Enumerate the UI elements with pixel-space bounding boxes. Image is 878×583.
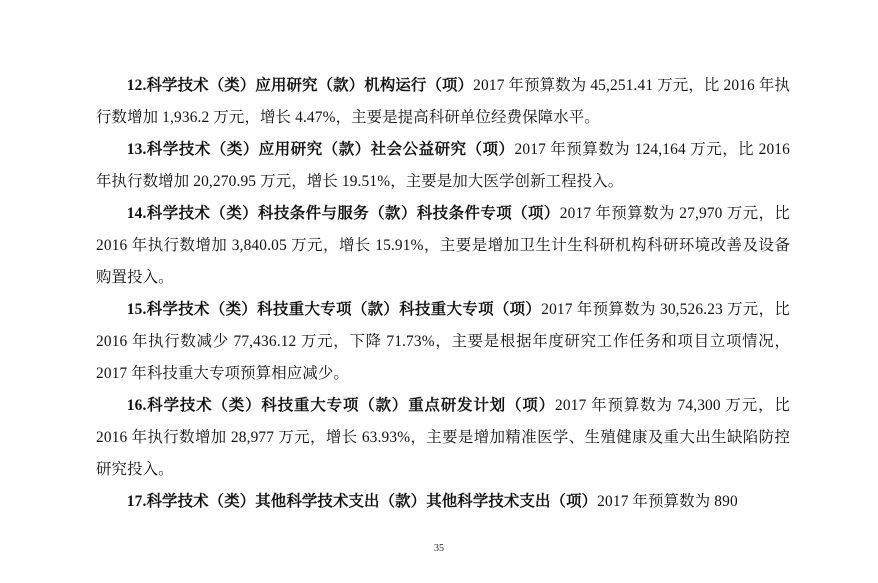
paragraph-heading: 15.科学技术（类）科技重大专项（款）科技重大专项（项） [127, 301, 541, 318]
paragraph-heading: 14.科学技术（类）科技条件与服务（款）科技条件专项（项） [127, 205, 560, 222]
paragraph-heading: 17.科学技术（类）其他科学技术支出（款）其他科学技术支出（项） [127, 493, 597, 510]
paragraph-heading: 13.科学技术（类）应用研究（款）社会公益研究（项） [127, 141, 515, 158]
page-number: 35 [0, 543, 878, 554]
paragraph-heading: 16.科学技术（类）科技重大专项（款）重点研发计划（项） [127, 397, 555, 414]
paragraph-item-16: 16.科学技术（类）科技重大专项（款）重点研发计划（项）2017 年预算数为 7… [96, 390, 790, 486]
document-page: 12.科学技术（类）应用研究（款）机构运行（项）2017 年预算数为 45,25… [96, 70, 790, 518]
paragraph-item-13: 13.科学技术（类）应用研究（款）社会公益研究（项）2017 年预算数为 124… [96, 134, 790, 198]
paragraph-heading: 12.科学技术（类）应用研究（款）机构运行（项） [127, 77, 473, 94]
paragraph-item-15: 15.科学技术（类）科技重大专项（款）科技重大专项（项）2017 年预算数为 3… [96, 294, 790, 390]
paragraph-item-17: 17.科学技术（类）其他科学技术支出（款）其他科学技术支出（项）2017 年预算… [96, 486, 790, 518]
paragraph-item-14: 14.科学技术（类）科技条件与服务（款）科技条件专项（项）2017 年预算数为 … [96, 198, 790, 294]
paragraph-item-12: 12.科学技术（类）应用研究（款）机构运行（项）2017 年预算数为 45,25… [96, 70, 790, 134]
paragraph-body: 2017 年预算数为 890 [597, 493, 738, 510]
